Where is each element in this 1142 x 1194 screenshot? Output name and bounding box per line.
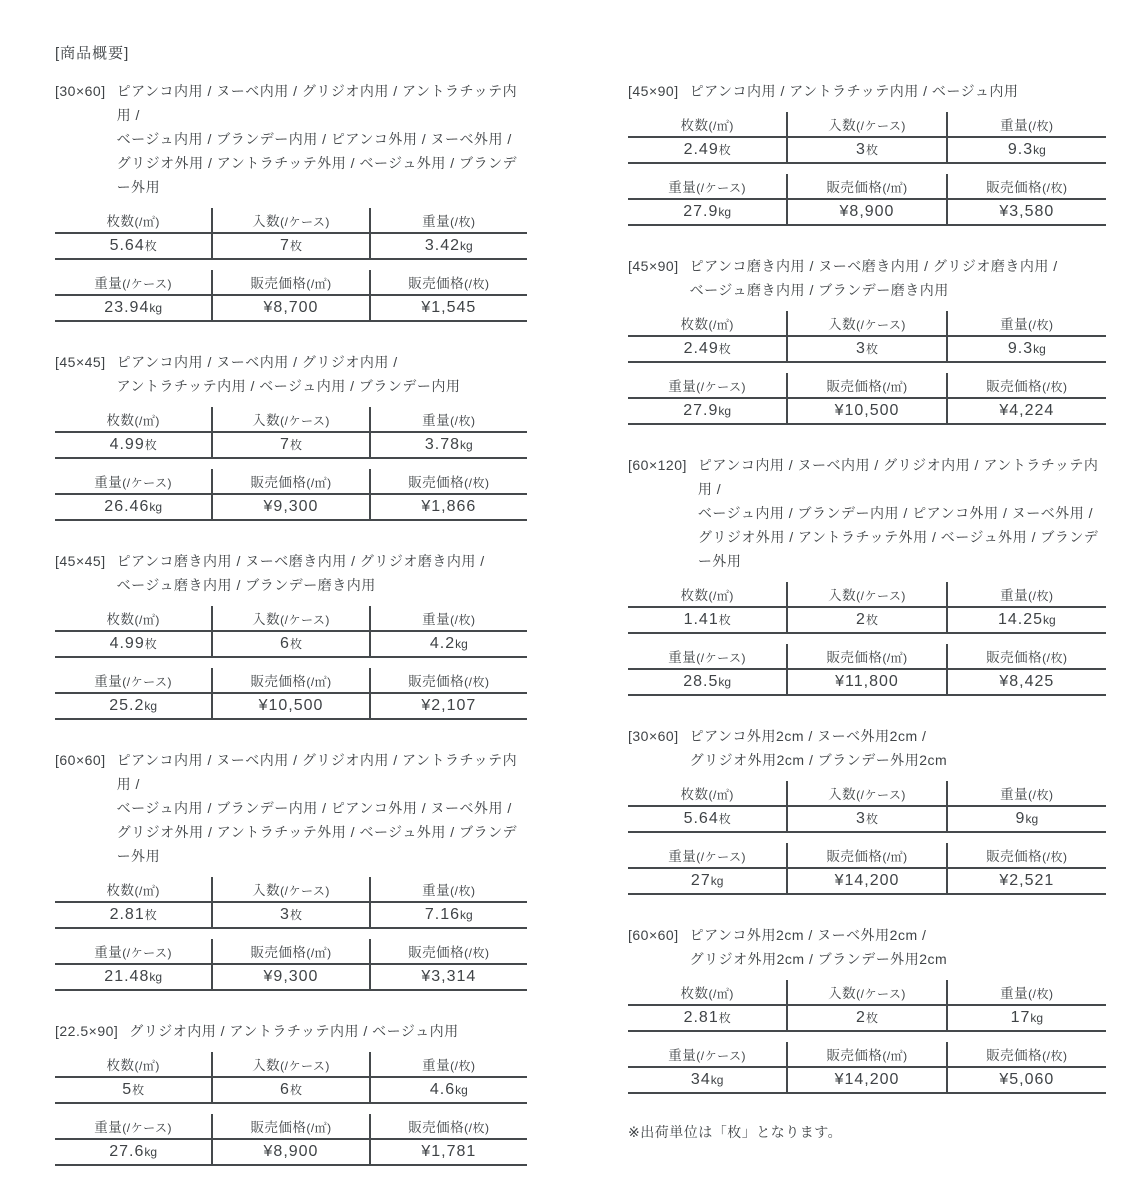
header-label: 販売価格 [826,1048,882,1063]
spec-table-prices: 重量(/ケース) 販売価格(/㎡) 販売価格(/枚) 26.46kg ¥9,30… [55,469,527,521]
value-number: 21.48 [104,968,149,985]
spec-header-row: 枚数(/㎡) 入数(/ケース) 重量(/枚) [628,582,1106,607]
value-unit: kg [144,699,157,713]
spec-table-counts: 枚数(/㎡) 入数(/ケース) 重量(/枚) 5枚 6枚 4.6kg [55,1052,527,1104]
product-line: ベージュ磨き内用 / ブランデー磨き内用 [690,278,1106,302]
value-number: ¥9,300 [264,498,319,515]
header-label: 販売価格 [986,379,1042,394]
header-cell-price-per-sqm: 販売価格(/㎡) [787,644,946,669]
value-cell-weight-per-sheet: 17kg [947,1005,1106,1031]
value-unit: kg [1033,143,1046,157]
spec-header-row: 重量(/ケース) 販売価格(/㎡) 販売価格(/枚) [55,939,527,964]
header-cell-count-per-case: 入数(/ケース) [212,208,369,233]
value-unit: kg [149,301,162,315]
value-cell-count-per-case: 6枚 [212,1077,369,1103]
header-label: 枚数 [681,787,709,802]
value-cell-weight-per-sheet: 4.2kg [370,631,527,657]
value-number: 3 [856,810,866,827]
spec-table-counts: 枚数(/㎡) 入数(/ケース) 重量(/枚) 2.49枚 3枚 9.3kg [628,311,1106,363]
section-heading: [45×90] ピアンコ磨き内用 / ヌーベ磨き内用 / グリジオ磨き内用 /ベ… [628,254,1106,302]
header-cell-weight-per-case: 重量(/ケース) [628,843,787,868]
header-label: 販売価格 [986,180,1042,195]
value-cell-count-per-case: 3枚 [787,336,946,362]
header-cell-weight-per-case: 重量(/ケース) [55,469,212,494]
spec-table-prices: 重量(/ケース) 販売価格(/㎡) 販売価格(/枚) 27.6kg ¥8,900… [55,1114,527,1166]
header-label: 重量 [1000,317,1028,332]
value-number: 34 [691,1071,711,1088]
value-number: 9.3 [1008,340,1033,357]
spec-header-row: 重量(/ケース) 販売価格(/㎡) 販売価格(/枚) [628,373,1106,398]
section-heading: [45×45] ピアンコ内用 / ヌーベ内用 / グリジオ内用 /アントラチッテ… [55,350,527,398]
header-label: 重量 [422,1058,450,1073]
header-unit: (/枚) [1042,850,1067,864]
header-unit: (/ケース) [280,1059,330,1073]
value-unit: 枚 [290,908,302,922]
header-label: 重量 [94,276,122,291]
header-unit: (/枚) [464,946,489,960]
header-unit: (/㎡) [306,277,331,291]
value-unit: kg [460,908,473,922]
header-cell-price-per-sheet: 販売価格(/枚) [947,373,1106,398]
value-number: 2 [856,1009,866,1026]
value-unit: 枚 [866,613,878,627]
header-unit: (/枚) [1028,589,1053,603]
header-cell-price-per-sqm: 販売価格(/㎡) [212,939,369,964]
value-number: 27.9 [683,402,718,419]
value-number: 3 [280,906,290,923]
size-label: [30×60] [628,724,679,772]
header-label: 重量 [668,849,696,864]
section-heading: [60×120] ピアンコ内用 / ヌーベ内用 / グリジオ内用 / アントラチ… [628,453,1106,573]
value-cell-sheets-per-sqm: 2.49枚 [628,336,787,362]
header-label: 販売価格 [408,945,464,960]
spec-table-prices: 重量(/ケース) 販売価格(/㎡) 販売価格(/枚) 25.2kg ¥10,50… [55,668,527,720]
spec-value-row: 27.9kg ¥10,500 ¥4,224 [628,398,1106,424]
value-unit: kg [1043,613,1056,627]
value-number: 3.78 [425,436,460,453]
product-line: ベージュ磨き内用 / ブランデー磨き内用 [117,573,527,597]
header-cell-sheets-per-sqm: 枚数(/㎡) [628,980,787,1005]
value-unit: 枚 [290,1083,302,1097]
value-number: 5.64 [110,237,145,254]
header-cell-weight-per-sheet: 重量(/枚) [947,781,1106,806]
right-column: [45×90] ピアンコ内用 / アントラチッテ内用 / ベージュ内用 枚数(/… [628,79,1106,1142]
spec-header-row: 重量(/ケース) 販売価格(/㎡) 販売価格(/枚) [628,843,1106,868]
header-cell-price-per-sheet: 販売価格(/枚) [947,644,1106,669]
spec-header-row: 重量(/ケース) 販売価格(/㎡) 販売価格(/枚) [55,469,527,494]
value-unit: kg [460,438,473,452]
product-line: ベージュ内用 / ブランデー内用 / ピアンコ外用 / ヌーベ外用 / [117,796,527,820]
value-cell-weight-per-case: 27kg [628,868,787,894]
header-unit: (/ケース) [280,884,330,898]
header-cell-sheets-per-sqm: 枚数(/㎡) [55,1052,212,1077]
header-cell-count-per-case: 入数(/ケース) [212,407,369,432]
spec-header-row: 枚数(/㎡) 入数(/ケース) 重量(/枚) [55,208,527,233]
value-number: 2.81 [110,906,145,923]
product-section-30x60-1: [30×60] ピアンコ内用 / ヌーベ内用 / グリジオ内用 / アントラチッ… [55,79,527,322]
header-cell-count-per-case: 入数(/ケース) [787,980,946,1005]
product-section-45x90-6: [45×90] ピアンコ内用 / アントラチッテ内用 / ベージュ内用 枚数(/… [628,79,1106,226]
spec-table-counts: 枚数(/㎡) 入数(/ケース) 重量(/枚) 1.41枚 2枚 14.25kg [628,582,1106,634]
header-unit: (/枚) [1028,119,1053,133]
spec-header-row: 重量(/ケース) 販売価格(/㎡) 販売価格(/枚) [55,1114,527,1139]
value-unit: kg [711,1073,724,1087]
header-cell-count-per-case: 入数(/ケース) [212,877,369,902]
header-unit: (/枚) [1042,380,1067,394]
header-label: 枚数 [681,118,709,133]
section-heading: [45×90] ピアンコ内用 / アントラチッテ内用 / ベージュ内用 [628,79,1106,103]
header-cell-weight-per-case: 重量(/ケース) [55,668,212,693]
header-cell-weight-per-sheet: 重量(/枚) [947,980,1106,1005]
value-cell-sheets-per-sqm: 4.99枚 [55,631,212,657]
header-label: 入数 [252,214,280,229]
section-heading: [60×60] ピアンコ外用2cm / ヌーベ外用2cm /グリジオ外用2cm … [628,923,1106,971]
header-unit: (/㎡) [135,414,160,428]
value-cell-weight-per-case: 21.48kg [55,964,212,990]
value-number: 14.25 [998,611,1043,628]
value-unit: 枚 [290,637,302,651]
value-unit: kg [1033,342,1046,356]
spec-header-row: 枚数(/㎡) 入数(/ケース) 重量(/枚) [628,112,1106,137]
value-number: 3 [856,141,866,158]
value-cell-sheets-per-sqm: 5.64枚 [628,806,787,832]
two-column-layout: [30×60] ピアンコ内用 / ヌーベ内用 / グリジオ内用 / アントラチッ… [55,79,1142,1194]
spec-table-counts: 枚数(/㎡) 入数(/ケース) 重量(/枚) 4.99枚 6枚 4.2kg [55,606,527,658]
header-unit: (/ケース) [696,651,746,665]
header-unit: (/枚) [450,414,475,428]
spec-value-row: 25.2kg ¥10,500 ¥2,107 [55,693,527,719]
header-unit: (/㎡) [709,987,734,1001]
value-number: ¥1,866 [421,498,476,515]
header-unit: (/㎡) [709,119,734,133]
header-cell-sheets-per-sqm: 枚数(/㎡) [55,407,212,432]
value-number: ¥8,425 [999,673,1054,690]
header-label: 販売価格 [826,180,882,195]
value-cell-price-per-sqm: ¥9,300 [212,964,369,990]
value-cell-count-per-case: 3枚 [212,902,369,928]
value-number: ¥14,200 [835,872,900,889]
header-label: 重量 [94,674,122,689]
value-cell-weight-per-case: 27.9kg [628,398,787,424]
product-list: ピアンコ内用 / アントラチッテ内用 / ベージュ内用 [690,79,1106,103]
value-cell-count-per-case: 2枚 [787,1005,946,1031]
product-section-45x90-7: [45×90] ピアンコ磨き内用 / ヌーベ磨き内用 / グリジオ磨き内用 /ベ… [628,254,1106,425]
value-cell-sheets-per-sqm: 2.81枚 [55,902,212,928]
value-cell-count-per-case: 7枚 [212,432,369,458]
header-cell-price-per-sqm: 販売価格(/㎡) [787,373,946,398]
header-cell-weight-per-case: 重量(/ケース) [628,644,787,669]
product-line: グリジオ外用 / アントラチッテ外用 / ベージュ外用 / ブランデー外用 [698,525,1106,573]
value-number: 25.2 [109,697,144,714]
section-heading: [22.5×90] グリジオ内用 / アントラチッテ内用 / ベージュ内用 [55,1019,527,1043]
header-unit: (/ケース) [856,987,906,1001]
value-cell-weight-per-sheet: 9.3kg [947,336,1106,362]
header-cell-price-per-sheet: 販売価格(/枚) [370,939,527,964]
section-heading: [30×60] ピアンコ外用2cm / ヌーベ外用2cm /グリジオ外用2cm … [628,724,1106,772]
spec-table-prices: 重量(/ケース) 販売価格(/㎡) 販売価格(/枚) 28.5kg ¥11,80… [628,644,1106,696]
header-cell-price-per-sheet: 販売価格(/枚) [947,1042,1106,1067]
product-list: ピアンコ外用2cm / ヌーベ外用2cm /グリジオ外用2cm / ブランデー外… [690,923,1106,971]
header-label: 枚数 [107,1058,135,1073]
value-number: 26.46 [104,498,149,515]
header-label: 重量 [94,475,122,490]
value-cell-sheets-per-sqm: 1.41枚 [628,607,787,633]
value-number: ¥3,314 [421,968,476,985]
value-cell-weight-per-sheet: 9.3kg [947,137,1106,163]
header-unit: (/㎡) [306,476,331,490]
spec-value-row: 2.81枚 2枚 17kg [628,1005,1106,1031]
header-label: 販売価格 [250,674,306,689]
value-number: 9 [1016,810,1026,827]
header-unit: (/ケース) [696,850,746,864]
spec-table-prices: 重量(/ケース) 販売価格(/㎡) 販売価格(/枚) 21.48kg ¥9,30… [55,939,527,991]
value-number: ¥10,500 [259,697,324,714]
value-unit: kg [149,500,162,514]
product-list: ピアンコ磨き内用 / ヌーベ磨き内用 / グリジオ磨き内用 /ベージュ磨き内用 … [690,254,1106,302]
header-cell-count-per-case: 入数(/ケース) [787,582,946,607]
spec-value-row: 26.46kg ¥9,300 ¥1,866 [55,494,527,520]
header-unit: (/㎡) [882,850,907,864]
spec-table-counts: 枚数(/㎡) 入数(/ケース) 重量(/枚) 2.81枚 2枚 17kg [628,980,1106,1032]
header-label: 販売価格 [826,650,882,665]
value-cell-price-per-sqm: ¥9,300 [212,494,369,520]
spec-value-row: 4.99枚 6枚 4.2kg [55,631,527,657]
value-cell-weight-per-sheet: 14.25kg [947,607,1106,633]
value-unit: 枚 [145,239,157,253]
value-number: 3.42 [425,237,460,254]
page-title: [商品概要] [55,42,1142,63]
spec-value-row: 1.41枚 2枚 14.25kg [628,607,1106,633]
spec-header-row: 枚数(/㎡) 入数(/ケース) 重量(/枚) [55,1052,527,1077]
spec-value-row: 2.49枚 3枚 9.3kg [628,336,1106,362]
value-cell-count-per-case: 3枚 [787,137,946,163]
spec-value-row: 27.6kg ¥8,900 ¥1,781 [55,1139,527,1165]
product-summary-page: [商品概要] [30×60] ピアンコ内用 / ヌーベ内用 / グリジオ内用 /… [0,0,1142,1038]
value-cell-weight-per-case: 34kg [628,1067,787,1093]
value-unit: kg [1030,1011,1043,1025]
spec-header-row: 重量(/ケース) 販売価格(/㎡) 販売価格(/枚) [55,270,527,295]
header-label: 販売価格 [250,475,306,490]
value-number: 5 [122,1081,132,1098]
product-section-60x120-8: [60×120] ピアンコ内用 / ヌーベ内用 / グリジオ内用 / アントラチ… [628,453,1106,696]
header-label: 販売価格 [986,1048,1042,1063]
value-unit: 枚 [719,812,731,826]
value-cell-price-per-sqm: ¥10,500 [212,693,369,719]
value-unit: kg [718,205,731,219]
value-cell-price-per-sheet: ¥4,224 [947,398,1106,424]
header-cell-weight-per-sheet: 重量(/枚) [370,208,527,233]
value-unit: kg [718,675,731,689]
header-label: 枚数 [681,986,709,1001]
size-label: [45×45] [55,350,106,398]
header-label: 枚数 [681,588,709,603]
spec-header-row: 重量(/ケース) 販売価格(/㎡) 販売価格(/枚) [628,174,1106,199]
product-line: ピアンコ内用 / アントラチッテ内用 / ベージュ内用 [690,79,1106,103]
header-label: 重量 [422,214,450,229]
value-cell-price-per-sheet: ¥1,545 [370,295,527,321]
value-number: 2.49 [684,141,719,158]
header-unit: (/枚) [450,215,475,229]
header-unit: (/㎡) [135,215,160,229]
header-unit: (/ケース) [696,1049,746,1063]
spec-value-row: 5.64枚 3枚 9kg [628,806,1106,832]
header-unit: (/㎡) [882,380,907,394]
spec-header-row: 重量(/ケース) 販売価格(/㎡) 販売価格(/枚) [628,1042,1106,1067]
header-cell-sheets-per-sqm: 枚数(/㎡) [628,112,787,137]
value-number: ¥3,580 [999,203,1054,220]
section-heading: [45×45] ピアンコ磨き内用 / ヌーベ磨き内用 / グリジオ磨き内用 /ベ… [55,549,527,597]
header-label: 重量 [668,650,696,665]
value-number: ¥1,781 [421,1143,476,1160]
header-cell-weight-per-sheet: 重量(/枚) [947,112,1106,137]
header-label: 販売価格 [250,276,306,291]
header-cell-count-per-case: 入数(/ケース) [212,1052,369,1077]
size-label: [45×90] [628,79,679,103]
value-unit: kg [455,637,468,651]
value-unit: kg [1025,812,1038,826]
value-cell-price-per-sheet: ¥1,866 [370,494,527,520]
value-cell-weight-per-case: 28.5kg [628,669,787,695]
header-unit: (/ケース) [122,675,172,689]
value-number: 3 [856,340,866,357]
header-unit: (/㎡) [306,1121,331,1135]
header-cell-weight-per-case: 重量(/ケース) [55,1114,212,1139]
size-label: [45×90] [628,254,679,302]
header-cell-weight-per-case: 重量(/ケース) [628,373,787,398]
value-number: ¥4,224 [999,402,1054,419]
spec-value-row: 34kg ¥14,200 ¥5,060 [628,1067,1106,1093]
product-line: ピアンコ内用 / ヌーベ内用 / グリジオ内用 / [117,350,527,374]
header-cell-weight-per-sheet: 重量(/枚) [370,606,527,631]
header-unit: (/枚) [450,1059,475,1073]
product-line: グリジオ外用 / アントラチッテ外用 / ベージュ外用 / ブランデー外用 [117,820,527,868]
value-cell-weight-per-sheet: 4.6kg [370,1077,527,1103]
header-label: 枚数 [107,413,135,428]
value-number: 5.64 [684,810,719,827]
value-unit: 枚 [719,1011,731,1025]
value-cell-price-per-sqm: ¥8,900 [212,1139,369,1165]
header-unit: (/枚) [450,613,475,627]
value-unit: 枚 [866,812,878,826]
shipping-unit-footnote: ※出荷単位は「枚」となります。 [628,1122,1106,1142]
product-line: グリジオ外用2cm / ブランデー外用2cm [690,947,1106,971]
value-cell-weight-per-sheet: 3.42kg [370,233,527,259]
header-label: 重量 [668,379,696,394]
header-unit: (/ケース) [122,476,172,490]
product-section-45x45-2: [45×45] ピアンコ内用 / ヌーベ内用 / グリジオ内用 /アントラチッテ… [55,350,527,521]
header-cell-count-per-case: 入数(/ケース) [787,781,946,806]
value-cell-weight-per-case: 25.2kg [55,693,212,719]
header-unit: (/ケース) [280,613,330,627]
product-line: ピアンコ内用 / ヌーベ内用 / グリジオ内用 / アントラチッテ内用 / [698,453,1106,501]
value-number: 4.99 [110,436,145,453]
spec-header-row: 枚数(/㎡) 入数(/ケース) 重量(/枚) [628,980,1106,1005]
header-label: 重量 [94,945,122,960]
header-unit: (/枚) [1042,651,1067,665]
header-cell-count-per-case: 入数(/ケース) [787,311,946,336]
value-cell-price-per-sqm: ¥14,200 [787,868,946,894]
header-cell-weight-per-sheet: 重量(/枚) [370,1052,527,1077]
left-column: [30×60] ピアンコ内用 / ヌーベ内用 / グリジオ内用 / アントラチッ… [55,79,527,1194]
value-unit: 枚 [719,342,731,356]
spec-value-row: 4.99枚 7枚 3.78kg [55,432,527,458]
header-label: 重量 [1000,118,1028,133]
value-number: ¥14,200 [835,1071,900,1088]
product-line: グリジオ外用2cm / ブランデー外用2cm [690,748,1106,772]
header-unit: (/㎡) [709,788,734,802]
header-label: 販売価格 [826,849,882,864]
value-number: 4.99 [110,635,145,652]
header-unit: (/ケース) [280,414,330,428]
header-unit: (/枚) [1042,181,1067,195]
spec-value-row: 5.64枚 7枚 3.42kg [55,233,527,259]
header-unit: (/枚) [1042,1049,1067,1063]
value-cell-price-per-sheet: ¥3,580 [947,199,1106,225]
spec-value-row: 23.94kg ¥8,700 ¥1,545 [55,295,527,321]
value-number: 28.5 [683,673,718,690]
value-unit: 枚 [290,239,302,253]
size-label: [60×60] [55,748,106,868]
value-number: 6 [280,635,290,652]
value-cell-weight-per-sheet: 7.16kg [370,902,527,928]
value-number: 4.2 [430,635,455,652]
spec-table-counts: 枚数(/㎡) 入数(/ケース) 重量(/枚) 4.99枚 7枚 3.78kg [55,407,527,459]
header-label: 重量 [422,883,450,898]
header-cell-weight-per-case: 重量(/ケース) [628,174,787,199]
header-unit: (/㎡) [709,318,734,332]
value-unit: kg [718,404,731,418]
spec-value-row: 27.9kg ¥8,900 ¥3,580 [628,199,1106,225]
spec-header-row: 枚数(/㎡) 入数(/ケース) 重量(/枚) [55,606,527,631]
value-number: ¥8,900 [264,1143,319,1160]
header-label: 入数 [828,317,856,332]
value-cell-price-per-sheet: ¥5,060 [947,1067,1106,1093]
header-cell-weight-per-sheet: 重量(/枚) [370,877,527,902]
product-list: ピアンコ外用2cm / ヌーベ外用2cm /グリジオ外用2cm / ブランデー外… [690,724,1106,772]
header-label: 重量 [94,1120,122,1135]
header-cell-price-per-sqm: 販売価格(/㎡) [212,1114,369,1139]
spec-value-row: 2.49枚 3枚 9.3kg [628,137,1106,163]
value-cell-sheets-per-sqm: 5枚 [55,1077,212,1103]
value-number: ¥11,800 [835,673,899,690]
header-unit: (/ケース) [122,946,172,960]
spec-table-prices: 重量(/ケース) 販売価格(/㎡) 販売価格(/枚) 34kg ¥14,200 … [628,1042,1106,1094]
value-cell-sheets-per-sqm: 5.64枚 [55,233,212,259]
spec-table-prices: 重量(/ケース) 販売価格(/㎡) 販売価格(/枚) 27.9kg ¥10,50… [628,373,1106,425]
product-line: アントラチッテ内用 / ベージュ内用 / ブランデー内用 [117,374,527,398]
header-unit: (/枚) [464,675,489,689]
header-label: 入数 [828,787,856,802]
header-unit: (/㎡) [709,589,734,603]
product-list: ピアンコ内用 / ヌーベ内用 / グリジオ内用 / アントラチッテ内用 /ベージ… [117,748,527,868]
value-cell-price-per-sqm: ¥8,900 [787,199,946,225]
header-unit: (/ケース) [856,119,906,133]
section-heading: [60×60] ピアンコ内用 / ヌーベ内用 / グリジオ内用 / アントラチッ… [55,748,527,868]
value-cell-price-per-sqm: ¥8,700 [212,295,369,321]
header-cell-price-per-sqm: 販売価格(/㎡) [212,668,369,693]
header-label: 入数 [252,883,280,898]
header-cell-sheets-per-sqm: 枚数(/㎡) [55,877,212,902]
header-label: 入数 [828,118,856,133]
header-label: 重量 [422,413,450,428]
header-unit: (/㎡) [135,613,160,627]
value-number: 2 [856,611,866,628]
value-number: 4.6 [430,1081,455,1098]
value-cell-price-per-sheet: ¥1,781 [370,1139,527,1165]
value-number: ¥2,107 [421,697,476,714]
value-cell-weight-per-sheet: 3.78kg [370,432,527,458]
spec-table-counts: 枚数(/㎡) 入数(/ケース) 重量(/枚) 5.64枚 3枚 9kg [628,781,1106,833]
